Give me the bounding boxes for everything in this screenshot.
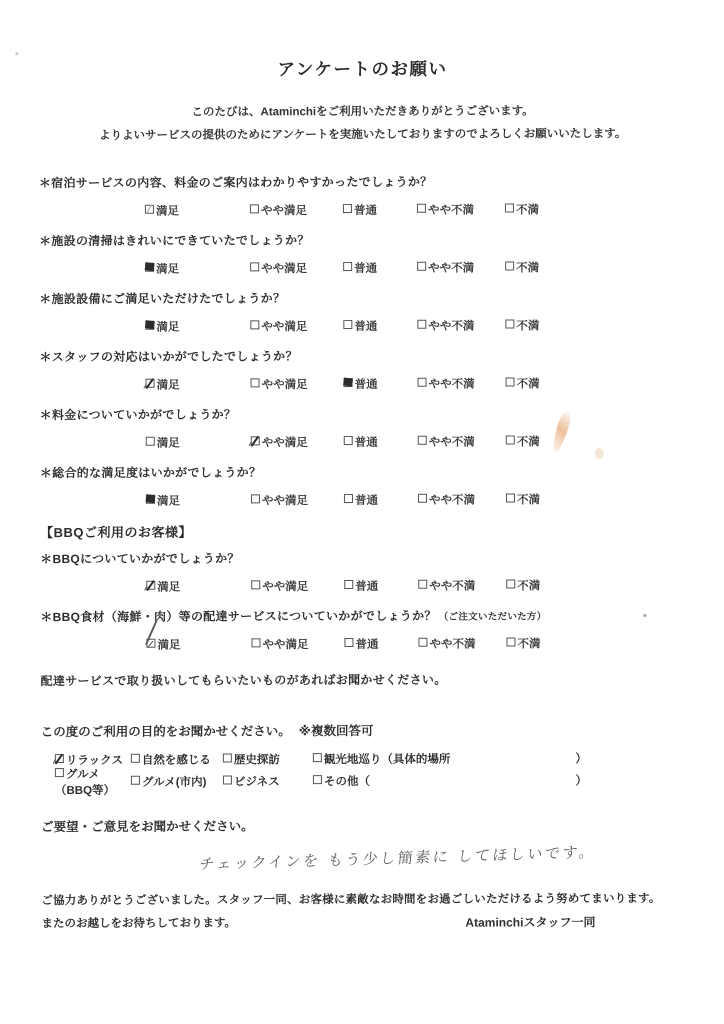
option-q3-3: やや不満 — [417, 317, 505, 333]
page-content: アンケートのお願い このたびは、Ataminchiをご利用いただきありがとうござ… — [38, 55, 689, 932]
option-q3-1: やや満足 — [250, 318, 343, 334]
option-q4-2: 普通 — [344, 376, 418, 392]
option-q5-1: やや満足 — [251, 434, 344, 450]
option-q2-1-checkbox — [250, 262, 259, 271]
option-label: やや満足 — [261, 263, 307, 275]
footer-return-message: またのお越しをお待ちしております。 — [41, 914, 236, 932]
option-q6-1-checkbox — [251, 494, 260, 503]
question-block-q4: ＊スタッフの対応はいかがでしたでしょうか？満足やや満足普通やや不満不満 — [39, 346, 687, 393]
option-label: 不満 — [516, 204, 539, 216]
option-label: 満足 — [156, 322, 179, 334]
bbq-section-header: 【BBQご利用のお客様】 — [40, 520, 688, 541]
option-q2-0-checkbox-checked — [145, 263, 154, 272]
purpose-item-label: 自然を感じる — [142, 755, 211, 767]
option-label: やや不満 — [428, 321, 474, 333]
option-q7-2-checkbox — [344, 580, 353, 589]
option-q7-4-checkbox — [506, 579, 515, 588]
option-q2-2-checkbox — [343, 262, 352, 271]
purpose-item-label: 歴史探訪 — [234, 754, 280, 766]
option-q1-3-checkbox — [417, 204, 426, 213]
option-q1-2: 普通 — [343, 202, 417, 218]
purpose-row-2: グルメ（BBQ等）グルメ(市内)ビジネスその他（） — [41, 769, 587, 793]
option-q3-2: 普通 — [343, 318, 417, 334]
option-q4-3-checkbox — [418, 378, 427, 387]
question-block-q2: ＊施設の清掃はきれいにできていたでしょうか？満足やや満足普通やや不満不満 — [39, 230, 687, 277]
option-q1-4-checkbox — [505, 203, 514, 212]
purpose-row2-item-3: その他（ — [313, 773, 370, 789]
purpose-row2-closing-paren: ） — [575, 772, 587, 788]
handwritten-comment: チェックインを もう少し簡素に してほしいです。 — [198, 838, 690, 874]
options-row-q7: 満足やや満足普通やや不満不満 — [40, 576, 688, 595]
option-q7-1: やや満足 — [251, 578, 344, 594]
question-label-q3: ＊施設設備にご満足いただけたでしょうか？ — [39, 288, 687, 307]
option-q5-0-checkbox — [146, 437, 155, 446]
purpose-row2-item-0-checkbox — [55, 768, 64, 777]
question-block-q6: ＊総合的な満足度はいかがでしょうか？満足やや満足普通やや不満不満 — [40, 462, 688, 509]
option-q6-1: やや満足 — [251, 492, 344, 508]
option-label: 満足 — [157, 438, 180, 450]
option-q8-4: 不満 — [506, 635, 540, 651]
questions-bbq: ＊BBQについていかがでしょうか？満足やや満足普通やや不満不満＊BBQ食材（海鮮… — [40, 548, 688, 653]
question-block-q5: ＊料金についていかがでしょうか？満足やや満足普通やや不満不満 — [40, 404, 688, 451]
options-row-q2: 満足やや満足普通やや不満不満 — [39, 258, 687, 277]
option-label: 不満 — [516, 320, 539, 332]
option-label: やや不満 — [429, 639, 475, 651]
option-q3-4-checkbox — [505, 319, 514, 328]
option-q5-4-checkbox — [506, 435, 515, 444]
purpose-item-label: その他（ — [324, 776, 370, 788]
purpose-row1-item-1-checkbox — [131, 754, 140, 763]
option-q6-2-checkbox — [344, 494, 353, 503]
option-label: 普通 — [355, 495, 378, 507]
option-q4-1-checkbox — [251, 378, 260, 387]
option-q1-2-checkbox — [343, 204, 352, 213]
question-note-q8: （ご注文いただいた方） — [439, 611, 547, 622]
purpose-header: この度のご利用の目的をお聞かせください。 — [41, 724, 291, 739]
option-q5-2-checkbox — [344, 436, 353, 445]
option-q4-0: 満足 — [146, 376, 251, 392]
option-label: 不満 — [517, 638, 540, 650]
question-label-q6: ＊総合的な満足度はいかがでしょうか？ — [40, 462, 688, 481]
options-row-q3: 満足やや満足普通やや不満不満 — [39, 316, 687, 335]
option-label: 満足 — [156, 264, 179, 276]
option-label: やや不満 — [429, 581, 475, 593]
purpose-note: ※複数回答可 — [299, 724, 374, 738]
option-label: 普通 — [355, 379, 378, 391]
purpose-item-label: ビジネス — [234, 776, 280, 788]
option-label: 普通 — [354, 263, 377, 275]
option-label: 普通 — [355, 639, 378, 651]
purpose-row2-item-2-checkbox — [223, 775, 232, 784]
purpose-row1-item-3: 観光地巡り（具体的場所 — [313, 751, 451, 767]
question-label-q7: ＊BBQについていかがでしょうか？ — [40, 548, 688, 567]
option-label: やや不満 — [429, 379, 475, 391]
purpose-header-row: この度のご利用の目的をお聞かせください。※複数回答可 — [41, 720, 689, 740]
option-q5-2: 普通 — [344, 434, 418, 450]
purpose-row2-item-0: グルメ（BBQ等） — [55, 766, 131, 798]
option-q8-2-checkbox — [344, 638, 353, 647]
question-block-q7: ＊BBQについていかがでしょうか？満足やや満足普通やや不満不満 — [40, 548, 688, 595]
option-label: 不満 — [517, 436, 540, 448]
option-q4-3: やや不満 — [418, 375, 506, 391]
question-label-q1: ＊宿泊サービスの内容、料金のご案内はわかりやすかったでしょうか？ — [39, 172, 687, 191]
option-label: やや不満 — [429, 437, 475, 449]
delivery-prompt: 配達サービスで取り扱いしてもらいたいものがあればお聞かせください。 — [41, 670, 689, 689]
option-q7-1-checkbox — [251, 580, 260, 589]
option-q8-3-checkbox — [418, 638, 427, 647]
option-label: やや満足 — [262, 639, 308, 651]
option-q6-0-checkbox-checked — [146, 495, 155, 504]
option-q7-3: やや不満 — [418, 577, 506, 593]
option-label: やや満足 — [262, 437, 308, 449]
option-label: やや満足 — [262, 495, 308, 507]
option-q5-4: 不満 — [506, 433, 540, 449]
option-q3-2-checkbox — [343, 320, 352, 329]
option-label: 満足 — [157, 582, 180, 594]
option-q6-2: 普通 — [344, 492, 418, 508]
purpose-row1-item-1: 自然を感じる — [131, 751, 223, 767]
comments-header: ご要望・ご意見をお聞かせください。 — [41, 815, 689, 835]
option-q7-0: 満足 — [146, 578, 251, 594]
option-q7-0-checkbox-checked — [146, 581, 155, 590]
option-q8-4-checkbox — [506, 637, 515, 646]
corner-speck — [15, 52, 18, 55]
page-title: アンケートのお願い — [38, 55, 686, 82]
purpose-row2-item-3-checkbox — [313, 775, 322, 784]
option-label: やや不満 — [428, 263, 474, 275]
options-row-q5: 満足やや満足普通やや不満不満 — [40, 432, 688, 451]
option-label: やや不満 — [429, 495, 475, 507]
question-label-q2: ＊施設の清掃はきれいにできていたでしょうか？ — [39, 230, 687, 249]
option-label: 普通 — [355, 437, 378, 449]
option-q6-4: 不満 — [506, 491, 540, 507]
option-q5-0: 満足 — [146, 434, 251, 450]
option-q4-2-checkbox-checked — [344, 378, 353, 387]
option-label: 満足 — [157, 380, 180, 392]
question-label-q8: ＊BBQ食材（海鮮・肉）等の配達サービスについていかがでしょうか？（ご注文いただ… — [40, 606, 688, 625]
question-block-q3: ＊施設設備にご満足いただけたでしょうか？満足やや満足普通やや不満不満 — [39, 288, 687, 335]
purpose-row1-item-2: 歴史探訪 — [223, 751, 313, 767]
option-q2-1: やや満足 — [250, 260, 343, 276]
option-q4-4: 不満 — [506, 375, 540, 391]
question-label-q4: ＊スタッフの対応はいかがでしたでしょうか？ — [39, 346, 687, 365]
option-label: 普通 — [354, 205, 377, 217]
option-q4-4-checkbox — [506, 377, 515, 386]
purpose-item-label: グルメ（BBQ等） — [55, 769, 115, 797]
option-q5-3: やや不満 — [418, 433, 506, 449]
option-q1-3: やや不満 — [417, 201, 505, 217]
options-row-q4: 満足やや満足普通やや不満不満 — [40, 374, 688, 393]
option-label: 満足 — [156, 206, 179, 218]
option-q5-1-checkbox-checked — [251, 436, 260, 445]
options-row-q8: 満足やや満足普通やや不満不満 — [40, 634, 688, 653]
purpose-row1-item-2-checkbox — [223, 753, 232, 762]
question-block-q1: ＊宿泊サービスの内容、料金のご案内はわかりやすかったでしょうか？満足やや満足普通… — [39, 172, 687, 219]
option-q1-1-checkbox — [250, 204, 259, 213]
options-row-q1: 満足やや満足普通やや不満不満 — [39, 200, 687, 219]
option-q8-0: 満足 — [146, 636, 251, 652]
option-q7-4: 不満 — [506, 577, 540, 593]
purpose-row1-item-3-checkbox — [313, 753, 322, 762]
option-label: やや満足 — [262, 379, 308, 391]
option-q1-1: やや満足 — [250, 202, 343, 218]
option-q8-0-checkbox-checked — [146, 639, 155, 648]
purpose-section: この度のご利用の目的をお聞かせください。※複数回答可 リラックス自然を感じる歴史… — [41, 720, 689, 793]
question-label-q5: ＊料金についていかがでしょうか？ — [40, 404, 688, 423]
option-q6-3: やや不満 — [418, 491, 506, 507]
option-q8-3: やや不満 — [418, 635, 506, 651]
purpose-row2-item-1: グルメ(市内) — [131, 773, 223, 789]
option-q2-4: 不満 — [505, 259, 539, 275]
option-q3-3-checkbox — [417, 320, 426, 329]
option-q2-0: 満足 — [145, 260, 250, 276]
option-q4-1: やや満足 — [251, 376, 344, 392]
question-block-q8: ＊BBQ食材（海鮮・肉）等の配達サービスについていかがでしょうか？（ご注文いただ… — [40, 606, 688, 653]
option-q2-4-checkbox — [505, 261, 514, 270]
intro-line-1: このたびは、Ataminchiをご利用いただきありがとうございます。 — [39, 100, 687, 125]
purpose-item-label: グルメ(市内) — [142, 777, 207, 789]
option-q2-3: やや不満 — [417, 259, 505, 275]
option-q6-4-checkbox — [506, 493, 515, 502]
option-label: 不満 — [517, 580, 540, 592]
option-label: やや満足 — [261, 205, 307, 217]
option-q2-3-checkbox — [417, 262, 426, 271]
option-label: 満足 — [157, 640, 180, 652]
questions-main: ＊宿泊サービスの内容、料金のご案内はわかりやすかったでしょうか？満足やや満足普通… — [39, 172, 688, 509]
option-label: 不満 — [517, 378, 540, 390]
option-q5-3-checkbox — [418, 436, 427, 445]
footer-row: またのお越しをお待ちしております。 Ataminchiスタッフ一同 — [41, 913, 595, 932]
option-label: 普通 — [354, 321, 377, 333]
option-q8-1-checkbox — [251, 638, 260, 647]
option-q3-0: 満足 — [145, 318, 250, 334]
option-q3-1-checkbox — [250, 320, 259, 329]
intro-line-2: よりよいサービスの提供のためにアンケートを実施いたしておりますのでよろしくお願い… — [39, 123, 687, 148]
footer-signature: Ataminchiスタッフ一同 — [465, 913, 595, 930]
option-label: 不満 — [517, 494, 540, 506]
option-q4-0-checkbox-checked — [146, 379, 155, 388]
option-q7-2: 普通 — [344, 578, 418, 594]
purpose-row2-item-2: ビジネス — [223, 773, 313, 789]
option-label: 不満 — [516, 262, 539, 274]
option-q3-4: 不満 — [505, 317, 539, 333]
purpose-item-label: 観光地巡り（具体的場所 — [324, 754, 451, 766]
option-q6-3-checkbox — [418, 494, 427, 503]
option-q1-0-checkbox-checked — [145, 205, 154, 214]
option-q2-2: 普通 — [343, 260, 417, 276]
options-row-q6: 満足やや満足普通やや不満不満 — [40, 490, 688, 509]
scanned-survey-page: アンケートのお願い このたびは、Ataminchiをご利用いただきありがとうござ… — [0, 0, 724, 1024]
option-q1-0: 満足 — [145, 202, 250, 218]
purpose-row2-item-1-checkbox — [131, 776, 140, 785]
option-label: 普通 — [355, 581, 378, 593]
option-q8-1: やや満足 — [251, 636, 344, 652]
option-label: やや満足 — [261, 321, 307, 333]
option-label: やや満足 — [262, 581, 308, 593]
option-q3-0-checkbox-checked — [145, 321, 154, 330]
option-label: 満足 — [157, 496, 180, 508]
purpose-row1-item-0-checkbox-checked — [55, 754, 64, 763]
option-q8-2: 普通 — [344, 636, 418, 652]
option-label: やや不満 — [428, 205, 474, 217]
option-q6-0: 満足 — [146, 492, 251, 508]
purpose-row1-closing-paren: ） — [575, 750, 587, 766]
footer-thanks: ご協力ありがとうございました。スタッフ一同、お客様に素敵なお時間をお過ごしいただ… — [41, 890, 689, 908]
option-q7-3-checkbox — [418, 580, 427, 589]
option-q1-4: 不満 — [505, 201, 539, 217]
